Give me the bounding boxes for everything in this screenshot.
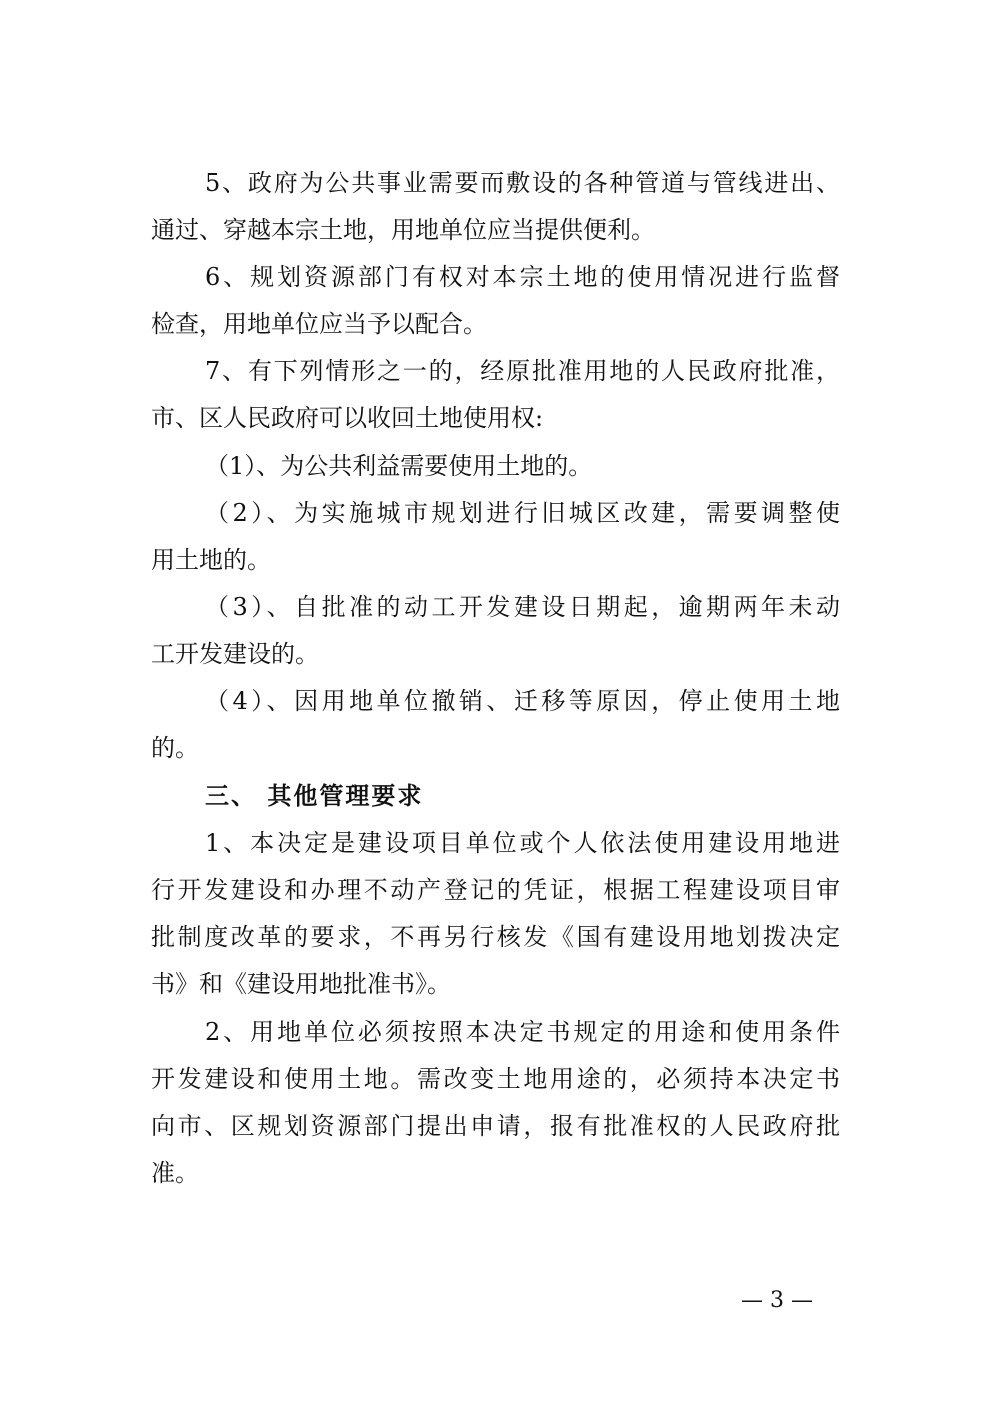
requirement-2-line-4: 准。 — [151, 1156, 840, 1190]
requirement-2-line-2: 开发建设和使用土地。需改变土地用途的，必须持本决定书 — [151, 1062, 840, 1096]
requirement-1-line-3: 批制度改革的要求，不再另行核发《国有建设用地划拨决定 — [151, 920, 840, 954]
requirement-1-line-2: 行开发建设和办理不动产登记的凭证，根据工程建设项目审 — [151, 873, 840, 907]
paragraph-item-6-line-2: 检查，用地单位应当予以配合。 — [151, 307, 840, 341]
requirement-2-line-1: 2、用地单位必须按照本决定书规定的用途和使用条件 — [205, 1015, 840, 1049]
paragraph-item-5-line-2: 通过、穿越本宗土地，用地单位应当提供便利。 — [151, 213, 840, 247]
sub-item-3-line-2: 工开发建设的。 — [151, 637, 840, 671]
page-number: — 3 — — [737, 1286, 817, 1316]
document-page: 5、政府为公共事业需要而敷设的各种管道与管线进出、 通过、穿越本宗土地，用地单位… — [0, 0, 992, 1403]
requirement-2-line-3: 向市、区规划资源部门提出申请，报有批准权的人民政府批 — [151, 1109, 840, 1143]
requirement-1-line-4: 书》和《建设用地批准书》。 — [151, 967, 840, 1001]
sub-item-2-line-1: （2）、为实施城市规划进行旧城区改建，需要调整使 — [205, 496, 840, 530]
paragraph-item-7-line-1: 7、有下列情形之一的，经原批准用地的人民政府批准， — [205, 354, 840, 388]
sub-item-1: （1）、为公共利益需要使用土地的。 — [205, 449, 840, 483]
paragraph-item-7-line-2: 市、区人民政府可以收回土地使用权: — [151, 401, 840, 435]
section-heading: 三、 其他管理要求 — [205, 779, 840, 813]
sub-item-4-line-1: （4）、因用地单位撤销、迁移等原因，停止使用土地 — [205, 684, 840, 718]
sub-item-4-line-2: 的。 — [151, 731, 840, 765]
requirement-1-line-1: 1、本决定是建设项目单位或个人依法使用建设用地进 — [205, 826, 840, 860]
paragraph-item-6-line-1: 6、规划资源部门有权对本宗土地的使用情况进行监督 — [205, 260, 840, 294]
sub-item-3-line-1: （3）、自批准的动工开发建设日期起，逾期两年未动 — [205, 590, 840, 624]
paragraph-item-5-line-1: 5、政府为公共事业需要而敷设的各种管道与管线进出、 — [205, 166, 840, 200]
sub-item-2-line-2: 用土地的。 — [151, 543, 840, 577]
